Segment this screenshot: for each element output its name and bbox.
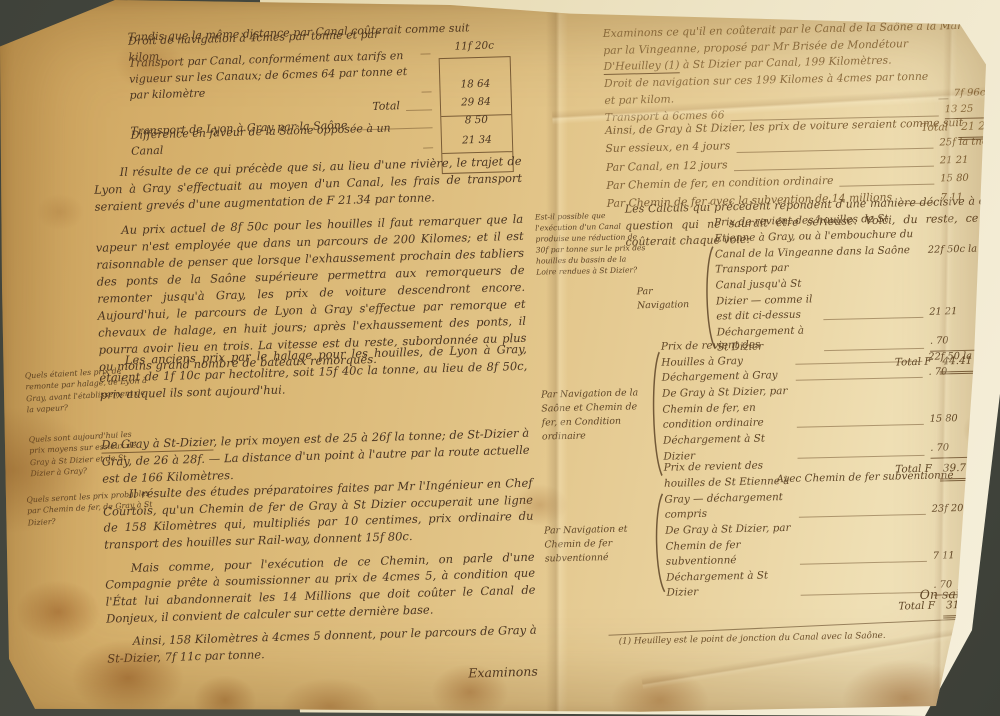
row-label: Total — [372, 98, 400, 115]
row-label: De Gray à St Dizier, par Chemin de fer, … — [662, 384, 791, 434]
railway-paragraphs: Il résulte des études préparatoires fait… — [102, 475, 538, 700]
row-label: Prix de revient des houilles de St Etien… — [714, 211, 928, 263]
cost-group-navigation-rail-subventionne: Par Navigation et Chemin de fer subventi… — [543, 485, 1000, 596]
row-label: Prix de revient des Houilles à Gray — [661, 337, 789, 371]
catchword-examinons: Examinons — [108, 662, 538, 692]
row-value: 18 64 — [445, 76, 505, 93]
row-label: De Gray à St Dizier, par Chemin de fer s… — [665, 521, 794, 571]
paragraph: Les anciens prix par le halage pour les … — [99, 341, 528, 404]
table-row: De Gray à St Dizier, par Chemin de fer s… — [665, 516, 1000, 571]
paragraph: Il résulte des études préparatoires fait… — [102, 475, 534, 554]
right-page: Examinons ce qu'il en coûterait par le C… — [524, 0, 1000, 716]
group-label: Par Navigation — [637, 284, 704, 314]
leader-line — [799, 561, 926, 565]
row-value: 8 50 — [446, 112, 506, 129]
table-row: Prix de revient des houilles de St Etien… — [714, 209, 1000, 262]
table-row: De Gray à St Dizier, par Chemin de fer, … — [662, 379, 1000, 434]
row-label: Différence en faveur de la Saône opposée… — [130, 120, 417, 160]
leader-line — [823, 317, 923, 320]
left-page: Tandis que la même distance par Canal co… — [0, 0, 564, 716]
leader-line — [840, 184, 935, 187]
canal-cost-table: Tandis que la même distance par Canal co… — [128, 19, 513, 160]
leader-line — [796, 424, 923, 428]
paragraph-anciens-prix: Les anciens prix par le halage pour les … — [99, 341, 528, 411]
row-value: 11f 20c — [444, 38, 504, 55]
manuscript-paper: Tandis que la même distance par Canal co… — [0, 0, 1000, 716]
row-label: Déchargement à St Dizier — [666, 568, 794, 602]
leader-line — [422, 91, 432, 92]
row-value: 21 34 — [447, 132, 507, 149]
group-label: Par Navigation de la Saône et Chemin de … — [541, 386, 650, 445]
underlined-text: D'Heuilley (1) — [603, 59, 679, 76]
row-label: Transport par Canal jusqu'à St Dizier — … — [715, 261, 817, 326]
row-value: 29 84 — [446, 94, 506, 111]
underlined-text: De Gray à St-Dizier — [101, 434, 214, 453]
leader-line — [798, 514, 925, 518]
paragraph: Il résulte de ce qui précède que si, au … — [93, 153, 522, 216]
row-label: Transport par Canal, conformément aux ta… — [128, 48, 415, 104]
paragraph: Ainsi, 158 Kilomètres à 4cmes 5 donnent,… — [107, 622, 538, 667]
leader-line — [795, 361, 922, 365]
intro-line-rest: à St Dizier par Canal, 199 Kilomètres. — [679, 54, 891, 72]
leader-line — [800, 592, 927, 596]
paragraph: Mais comme, pour l'exécution de ce Chemi… — [105, 548, 537, 627]
leader-line — [795, 377, 922, 381]
leader-line — [938, 98, 948, 99]
row-label: Prix de revient des houilles de St Etien… — [664, 458, 793, 523]
leader-line — [420, 53, 430, 54]
table-row: Prix de revient des houilles de St Etien… — [664, 453, 1000, 523]
group-label: Par Navigation et Chemin de fer subventi… — [544, 522, 653, 567]
table-row: Transport par Canal jusqu'à St Dizier — … — [715, 256, 1000, 325]
leader-line — [423, 147, 433, 148]
leader-line — [406, 109, 432, 111]
